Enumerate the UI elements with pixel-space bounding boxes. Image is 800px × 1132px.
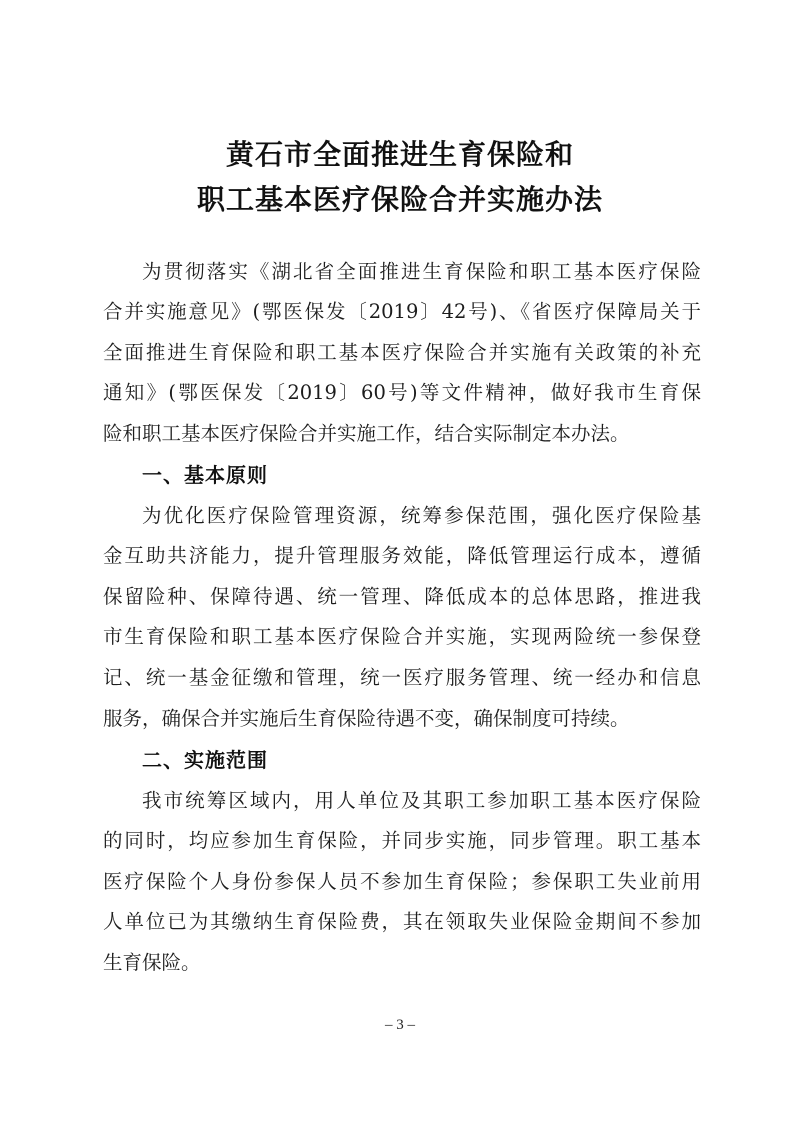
intro-line-1: 为贯彻落实《湖北省全面推进生育保险和职工基本医疗保险: [142, 260, 701, 284]
section2-line-2: 的同时，均应参加生育保险，并同步实施，同步管理。职工基本: [103, 829, 701, 853]
section1-line-6: 服务，确保合并实施后生育保险待遇不变，确保制度可持续。: [103, 707, 701, 731]
intro-line-5: 险和职工基本医疗保险合并实施工作，结合实际制定本办法。: [103, 422, 701, 446]
intro-line-3: 全面推进生育保险和职工基本医疗保险合并实施有关政策的补充: [103, 341, 701, 365]
section2-line-1: 我市统筹区域内，用人单位及其职工参加职工基本医疗保险: [142, 789, 701, 813]
section2-line-5: 生育保险。: [103, 951, 701, 975]
intro-line-2: 合并实施意见》(鄂医保发〔2019〕42号)、《省医疗保障局关于: [103, 300, 701, 324]
document-title-line-1: 黄石市全面推进生育保险和: [0, 133, 800, 173]
section1-line-5: 记、统一基金征缴和管理，统一医疗服务管理、统一经办和信息: [103, 666, 701, 690]
document-title-line-2: 职工基本医疗保险合并实施办法: [0, 178, 800, 218]
section2-line-4: 人单位已为其缴纳生育保险费，其在领取失业保险金期间不参加: [103, 910, 701, 934]
section2-line-3: 医疗保险个人身份参保人员不参加生育保险；参保职工失业前用: [103, 870, 701, 894]
section-heading-basic-principles: 一、基本原则: [142, 463, 268, 487]
document-page: 黄石市全面推进生育保险和 职工基本医疗保险合并实施办法 为贯彻落实《湖北省全面推…: [0, 0, 800, 1132]
section1-line-2: 金互助共济能力，提升管理服务效能，降低管理运行成本，遵循: [103, 544, 701, 568]
section-heading-scope: 二、实施范围: [142, 748, 268, 772]
page-number: – 3 –: [0, 1017, 800, 1034]
section1-line-1: 为优化医疗保险管理资源，统筹参保范围，强化医疗保险基: [142, 504, 701, 528]
intro-line-4: 通知》(鄂医保发〔2019〕60号)等文件精神，做好我市生育保: [103, 381, 701, 405]
section1-line-4: 市生育保险和职工基本医疗保险合并实施，实现两险统一参保登: [103, 625, 701, 649]
section1-line-3: 保留险种、保障待遇、统一管理、降低成本的总体思路，推进我: [103, 585, 701, 609]
